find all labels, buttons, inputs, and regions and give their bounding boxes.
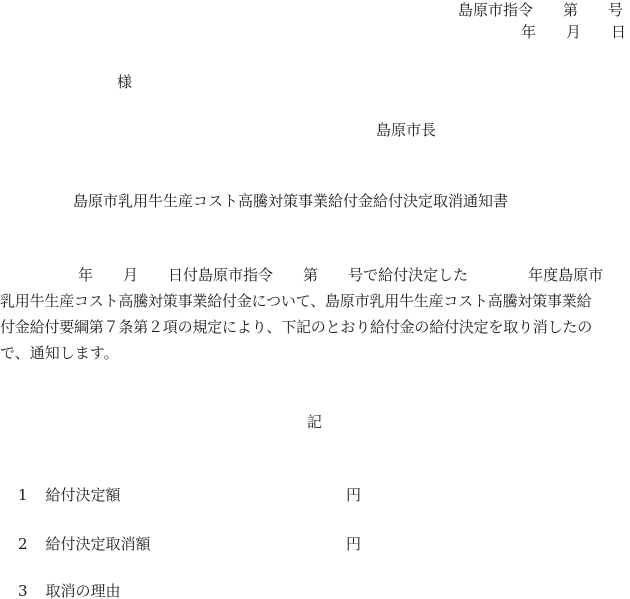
date-line: 年月日: [521, 23, 626, 41]
order-go: 号: [608, 1, 623, 19]
list-item: 2給付決定取消額: [18, 535, 151, 553]
body-year: 年: [78, 266, 93, 284]
body-line-4: で、通知します。: [0, 344, 119, 362]
item-unit: 円: [346, 486, 361, 504]
addressee-suffix: 様: [117, 73, 132, 91]
body-month: 月: [123, 266, 138, 284]
list-item: 1給付決定額: [18, 486, 121, 504]
body-line-2: 乳用牛生産コスト高騰対策事業給付金について、島原市乳用牛生産コスト高騰対策事業給: [0, 292, 591, 310]
body-dai: 第: [303, 266, 318, 284]
order-dai: 第: [563, 1, 578, 19]
item-label: 給付決定額: [46, 486, 121, 504]
body-line-1: 年月日付島原市指令第号で給付決定した年度島原市: [78, 266, 603, 284]
item-number: 1: [18, 486, 28, 504]
document-title: 島原市乳用牛生産コスト高騰対策事業給付金給付決定取消通知書: [73, 192, 508, 210]
item-number: 3: [18, 582, 28, 599]
order-number-line: 島原市指令第号: [458, 1, 623, 19]
body-day-prefix: 日付島原市指令: [168, 266, 273, 284]
item-label: 取消の理由: [46, 582, 121, 599]
body-fiscal-year: 年度島原市: [528, 266, 603, 284]
item-label: 給付決定取消額: [46, 535, 151, 553]
item-number: 2: [18, 535, 28, 553]
date-day: 日: [611, 23, 626, 41]
body-go-text: 号で給付決定した: [348, 266, 468, 284]
date-month: 月: [566, 23, 581, 41]
date-year: 年: [521, 23, 536, 41]
body-line-3: 付金給付要綱第７条第２項の規定により、下記のとおり給付金の給付決定を取り消したの: [0, 318, 592, 336]
item-unit: 円: [346, 535, 361, 553]
ki-heading: 記: [307, 413, 322, 431]
list-item: 3取消の理由: [18, 582, 121, 599]
sender-name: 島原市長: [376, 121, 436, 139]
order-prefix: 島原市指令: [458, 1, 533, 19]
